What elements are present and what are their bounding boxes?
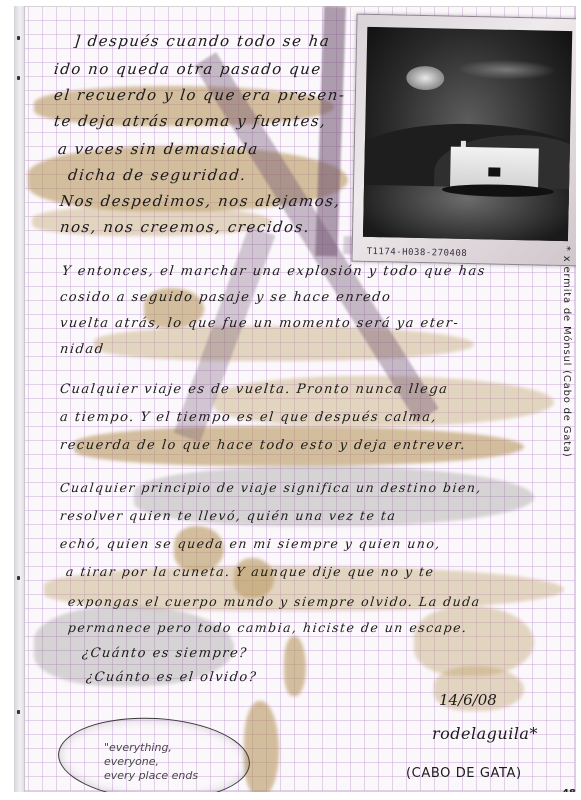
coffee-stain [94, 326, 474, 361]
quote-line: everyone, [104, 755, 198, 769]
taped-photo: T1174-H038-270408 [351, 14, 576, 267]
binding-hole [17, 576, 20, 580]
journal-line: el recuerdo y lo que era presen- [53, 86, 346, 104]
journal-line: vuelta atrás, lo que fue un momento será… [59, 316, 460, 331]
journal-line: expongas el cuerpo mundo y siempre olvid… [67, 594, 481, 609]
journal-line: Cualquier viaje es de vuelta. Pronto nun… [59, 382, 449, 397]
journal-line: resolver quien te llevó, quién una vez t… [59, 508, 397, 523]
journal-line: ] después cuando todo se ha [73, 32, 331, 50]
journal-line: a tiempo. Y el tiempo es el que después … [59, 410, 438, 425]
cloud [406, 66, 444, 91]
journal-line: recuerda de lo que hace todo esto y deja… [59, 438, 467, 453]
journal-line: ¿Cuánto es el olvido? [85, 670, 258, 685]
house-photo [363, 27, 572, 241]
binding-hole [17, 76, 20, 80]
journal-line: ido no queda otra pasado que [53, 60, 323, 78]
quote-line: every place ends [104, 769, 198, 783]
journal-line: nos, nos creemos, crecidos. [59, 218, 311, 236]
journal-line: nidad [59, 342, 105, 357]
quote-text: "everything, everyone, every place ends [104, 741, 198, 783]
journal-line: ¿Cuánto es siempre? [81, 646, 248, 661]
binding-hole [17, 710, 20, 714]
coffee-stain [284, 636, 306, 696]
signature: rodelaguila* [432, 724, 538, 743]
entry-date: 14/6/08 [439, 691, 497, 709]
photo-code: T1174-H038-270408 [367, 247, 468, 259]
side-note: * x ermita de Mónsul (Cabo de Gata) [561, 246, 572, 458]
coffee-stain [244, 701, 279, 792]
cloud [456, 59, 556, 81]
journal-line: Y entonces, el marchar una explosión y t… [61, 264, 486, 279]
journal-line: cosido a seguido pasaje y se hace enredo [59, 290, 392, 305]
binding-hole [17, 36, 20, 40]
journal-line: dicha de seguridad. [67, 166, 248, 184]
journal-line: Nos despedimos, nos alejamos, [59, 192, 342, 210]
notebook-page: ] después cuando todo se ha ido no queda… [14, 6, 576, 792]
journal-line: te deja atrás aroma y fuentes, [53, 112, 327, 130]
notebook-spine [14, 6, 25, 792]
journal-line: a veces sin demasiada [57, 140, 260, 158]
page-number: 48 [562, 788, 576, 792]
journal-line: Cualquier principio de viaje significa u… [59, 480, 483, 495]
journal-line: permanece pero todo cambia, hiciste de u… [67, 620, 468, 635]
journal-line: a tirar por la cuneta. Y aunque dije que… [65, 564, 435, 579]
house-window [488, 167, 500, 176]
quote-line: "everything, [104, 741, 198, 755]
place-label: (CABO DE GATA) [406, 766, 522, 781]
journal-line: echó, quien se queda en mi siempre y qui… [59, 536, 441, 551]
